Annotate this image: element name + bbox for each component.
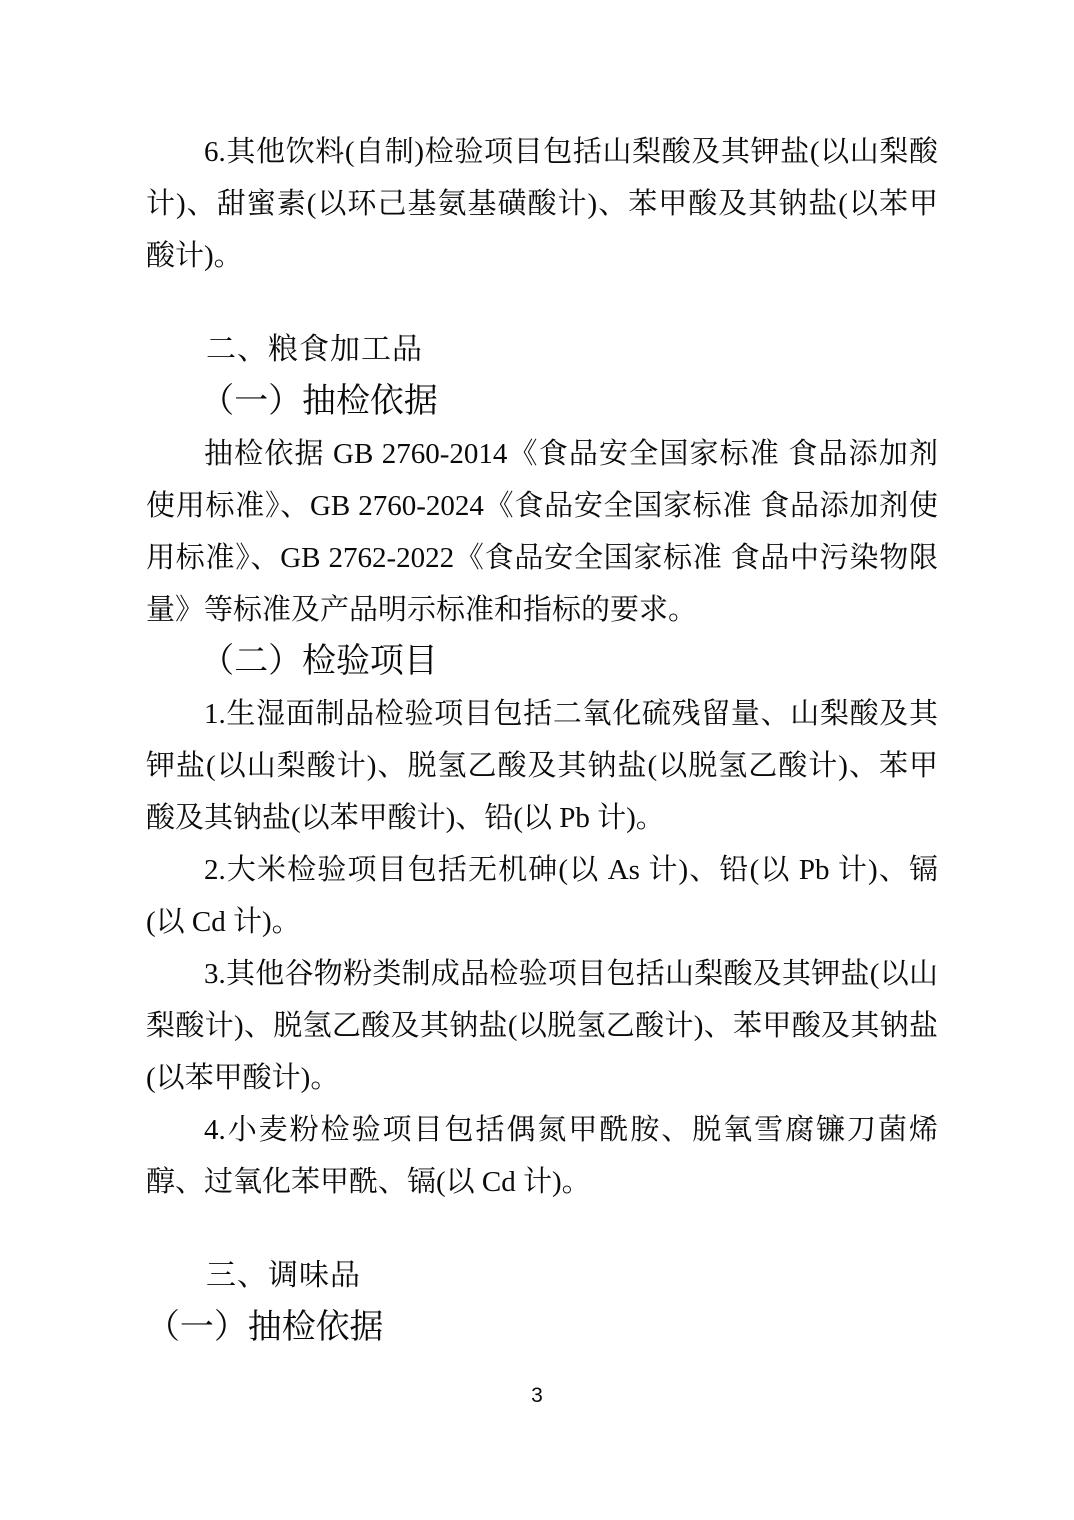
paragraph-raw-wet-noodle-products: 1.生湿面制品检验项目包括二氧化硫残留量、山梨酸及其钾盐(以山梨酸计)、脱氢乙酸… bbox=[146, 688, 938, 844]
paragraph-other-beverages: 6.其他饮料(自制)检验项目包括山梨酸及其钾盐(以山梨酸计)、甜蜜素(以环己基氨… bbox=[146, 126, 938, 282]
paragraph-other-grain-flour-products: 3.其他谷物粉类制成品检验项目包括山梨酸及其钾盐(以山梨酸计)、脱氢乙酸及其钠盐… bbox=[146, 948, 938, 1104]
paragraph-wheat-flour: 4.小麦粉检验项目包括偶氮甲酰胺、脱氧雪腐镰刀菌烯醇、过氧化苯甲酰、镉(以 Cd… bbox=[146, 1104, 938, 1208]
document-body: 6.其他饮料(自制)检验项目包括山梨酸及其钾盐(以山梨酸计)、甜蜜素(以环己基氨… bbox=[146, 126, 938, 1354]
paragraph-sampling-basis-grain: 抽检依据 GB 2760-2014《食品安全国家标准 食品添加剂使用标准》、GB… bbox=[146, 428, 938, 636]
paragraph-rice: 2.大米检验项目包括无机砷(以 As 计)、铅(以 Pb 计)、镉(以 Cd 计… bbox=[146, 844, 938, 948]
subheading-sampling-basis-grain: （一）抽检依据 bbox=[146, 376, 938, 428]
subheading-inspection-items-grain: （二）检验项目 bbox=[146, 636, 938, 688]
blank-line bbox=[146, 282, 938, 324]
page-number: 3 bbox=[0, 1384, 1074, 1408]
document-page: { "page": { "number": "3", "background_c… bbox=[0, 0, 1074, 1520]
subheading-sampling-basis-seasoning: （一）抽检依据 bbox=[146, 1302, 938, 1354]
section-heading-grain-products: 二、粮食加工品 bbox=[146, 324, 938, 376]
section-heading-seasoning: 三、调味品 bbox=[146, 1250, 938, 1302]
blank-line bbox=[146, 1208, 938, 1250]
